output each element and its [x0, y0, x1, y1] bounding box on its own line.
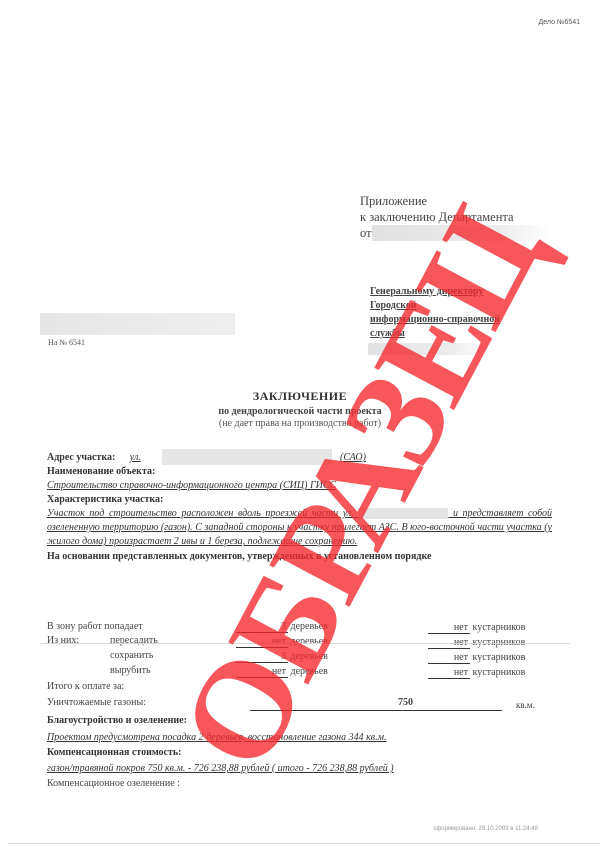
case-number: Дело №6541: [539, 19, 580, 26]
shrubs-count-row: нет кустарников: [428, 652, 525, 664]
trees-count-row: 3 деревьев: [236, 621, 328, 633]
trees-unit: деревьев: [291, 621, 328, 632]
shrubs-unit: кустарников: [473, 622, 526, 633]
redacted-outgoing-number: [40, 313, 235, 335]
document-subtitle: по дендрологической части проекта: [150, 406, 450, 417]
trees-count-row: нет деревьев: [236, 666, 328, 678]
redacted-addressee-name: [368, 343, 488, 355]
shrubs-count: нет: [428, 652, 470, 664]
action-cut-down: вырубить: [110, 665, 151, 676]
appendix-line-1: Приложение: [360, 193, 514, 209]
addressee-line: Городской: [370, 299, 500, 313]
trees-count: 3: [236, 621, 288, 633]
appendix-block: Приложение к заключению Департамента от: [360, 193, 514, 241]
basis-statement: На основании представленных документов, …: [47, 550, 552, 564]
work-zone-row: В зону работ попадает: [47, 621, 143, 632]
lawns-unit: кв.м.: [516, 700, 535, 710]
addressee-block: Генеральному директору Городской информа…: [370, 285, 500, 341]
scan-line: [40, 643, 570, 644]
site-info: Адрес участка: ул. (САО) Наименование об…: [47, 451, 552, 564]
appendix-line-3: от: [360, 225, 514, 241]
redacted-date: [372, 225, 552, 241]
compensation-label: Компенсационная стоимость:: [47, 746, 552, 760]
landscaping-label: Благоустройство и озеленение:: [47, 714, 552, 728]
appendix-line-2: к заключению Департамента: [360, 209, 514, 225]
trees-count: 3: [236, 651, 288, 663]
shrubs-unit: кустарников: [473, 667, 526, 678]
generated-stamp: сформировано: 29.10.2009 в 11:24:48: [433, 826, 538, 832]
landscaping-value: Проектом предусмотрена посадка 2 деревье…: [47, 731, 552, 745]
shrubs-count: нет: [428, 667, 470, 679]
object-label: Наименование объекта:: [47, 465, 552, 479]
lawns-value: 750: [398, 697, 413, 708]
address-district: (САО): [340, 451, 366, 465]
row-prefix: В зону работ попадает: [47, 621, 143, 632]
trees-unit: деревьев: [291, 666, 328, 677]
footer-divider: [8, 843, 600, 844]
address-prefix: ул.: [130, 452, 141, 463]
shrubs-count: нет: [428, 622, 470, 634]
trees-count-row: нет деревьев: [236, 636, 328, 648]
shrubs-unit: кустарников: [473, 652, 526, 663]
redacted-street: [162, 449, 332, 465]
shrubs-count-row: нет кустарников: [428, 667, 525, 679]
addressee-line: информационно-справочной: [370, 313, 500, 327]
characteristics-part-1: Участок под строительство расположен вдо…: [47, 508, 354, 519]
characteristics-label: Характеристика участка:: [47, 493, 552, 507]
action-preserve: сохранить: [110, 650, 153, 661]
compensation-value: газон/травяной покров 750 кв.м. - 726 23…: [47, 762, 552, 776]
address-label: Адрес участка:: [47, 452, 115, 463]
trees-unit: деревьев: [291, 636, 328, 647]
address-row: Адрес участка: ул. (САО): [47, 451, 552, 465]
total-label: Итого к оплате за:: [47, 681, 124, 692]
work-zone-row: Из них:: [47, 635, 79, 646]
compensation-greening-label: Компенсационное озеленение :: [47, 777, 552, 791]
appendix-date-prefix: от: [360, 226, 372, 240]
trees-count: нет: [236, 636, 288, 648]
reference-number: На № 6541: [48, 338, 85, 347]
shrubs-count-row: нет кустарников: [428, 622, 525, 634]
row-prefix: Из них:: [47, 635, 79, 646]
object-value: Строительство справочно-информационного …: [47, 479, 552, 493]
characteristics-value: Участок под строительство расположен вдо…: [47, 507, 552, 549]
document-title: ЗАКЛЮЧЕНИЕ: [150, 389, 450, 404]
trees-count: нет: [236, 666, 288, 678]
trees-unit: деревьев: [291, 651, 328, 662]
redacted-street-2: [358, 508, 448, 519]
action-transplant: пересадить: [110, 635, 158, 646]
trees-count-row: 3 деревьев: [236, 651, 328, 663]
lawns-value-line: [250, 710, 502, 711]
landscaping-block: Благоустройство и озеленение: Проектом п…: [47, 714, 552, 791]
title-block: ЗАКЛЮЧЕНИЕ по дендрологической части про…: [150, 389, 450, 429]
addressee-line: Генеральному директору: [370, 285, 500, 299]
lawns-label: Уничтожаемые газоны:: [47, 697, 146, 708]
addressee-line: службы: [370, 327, 500, 341]
document-note: (не дает права на производство работ): [150, 418, 450, 429]
